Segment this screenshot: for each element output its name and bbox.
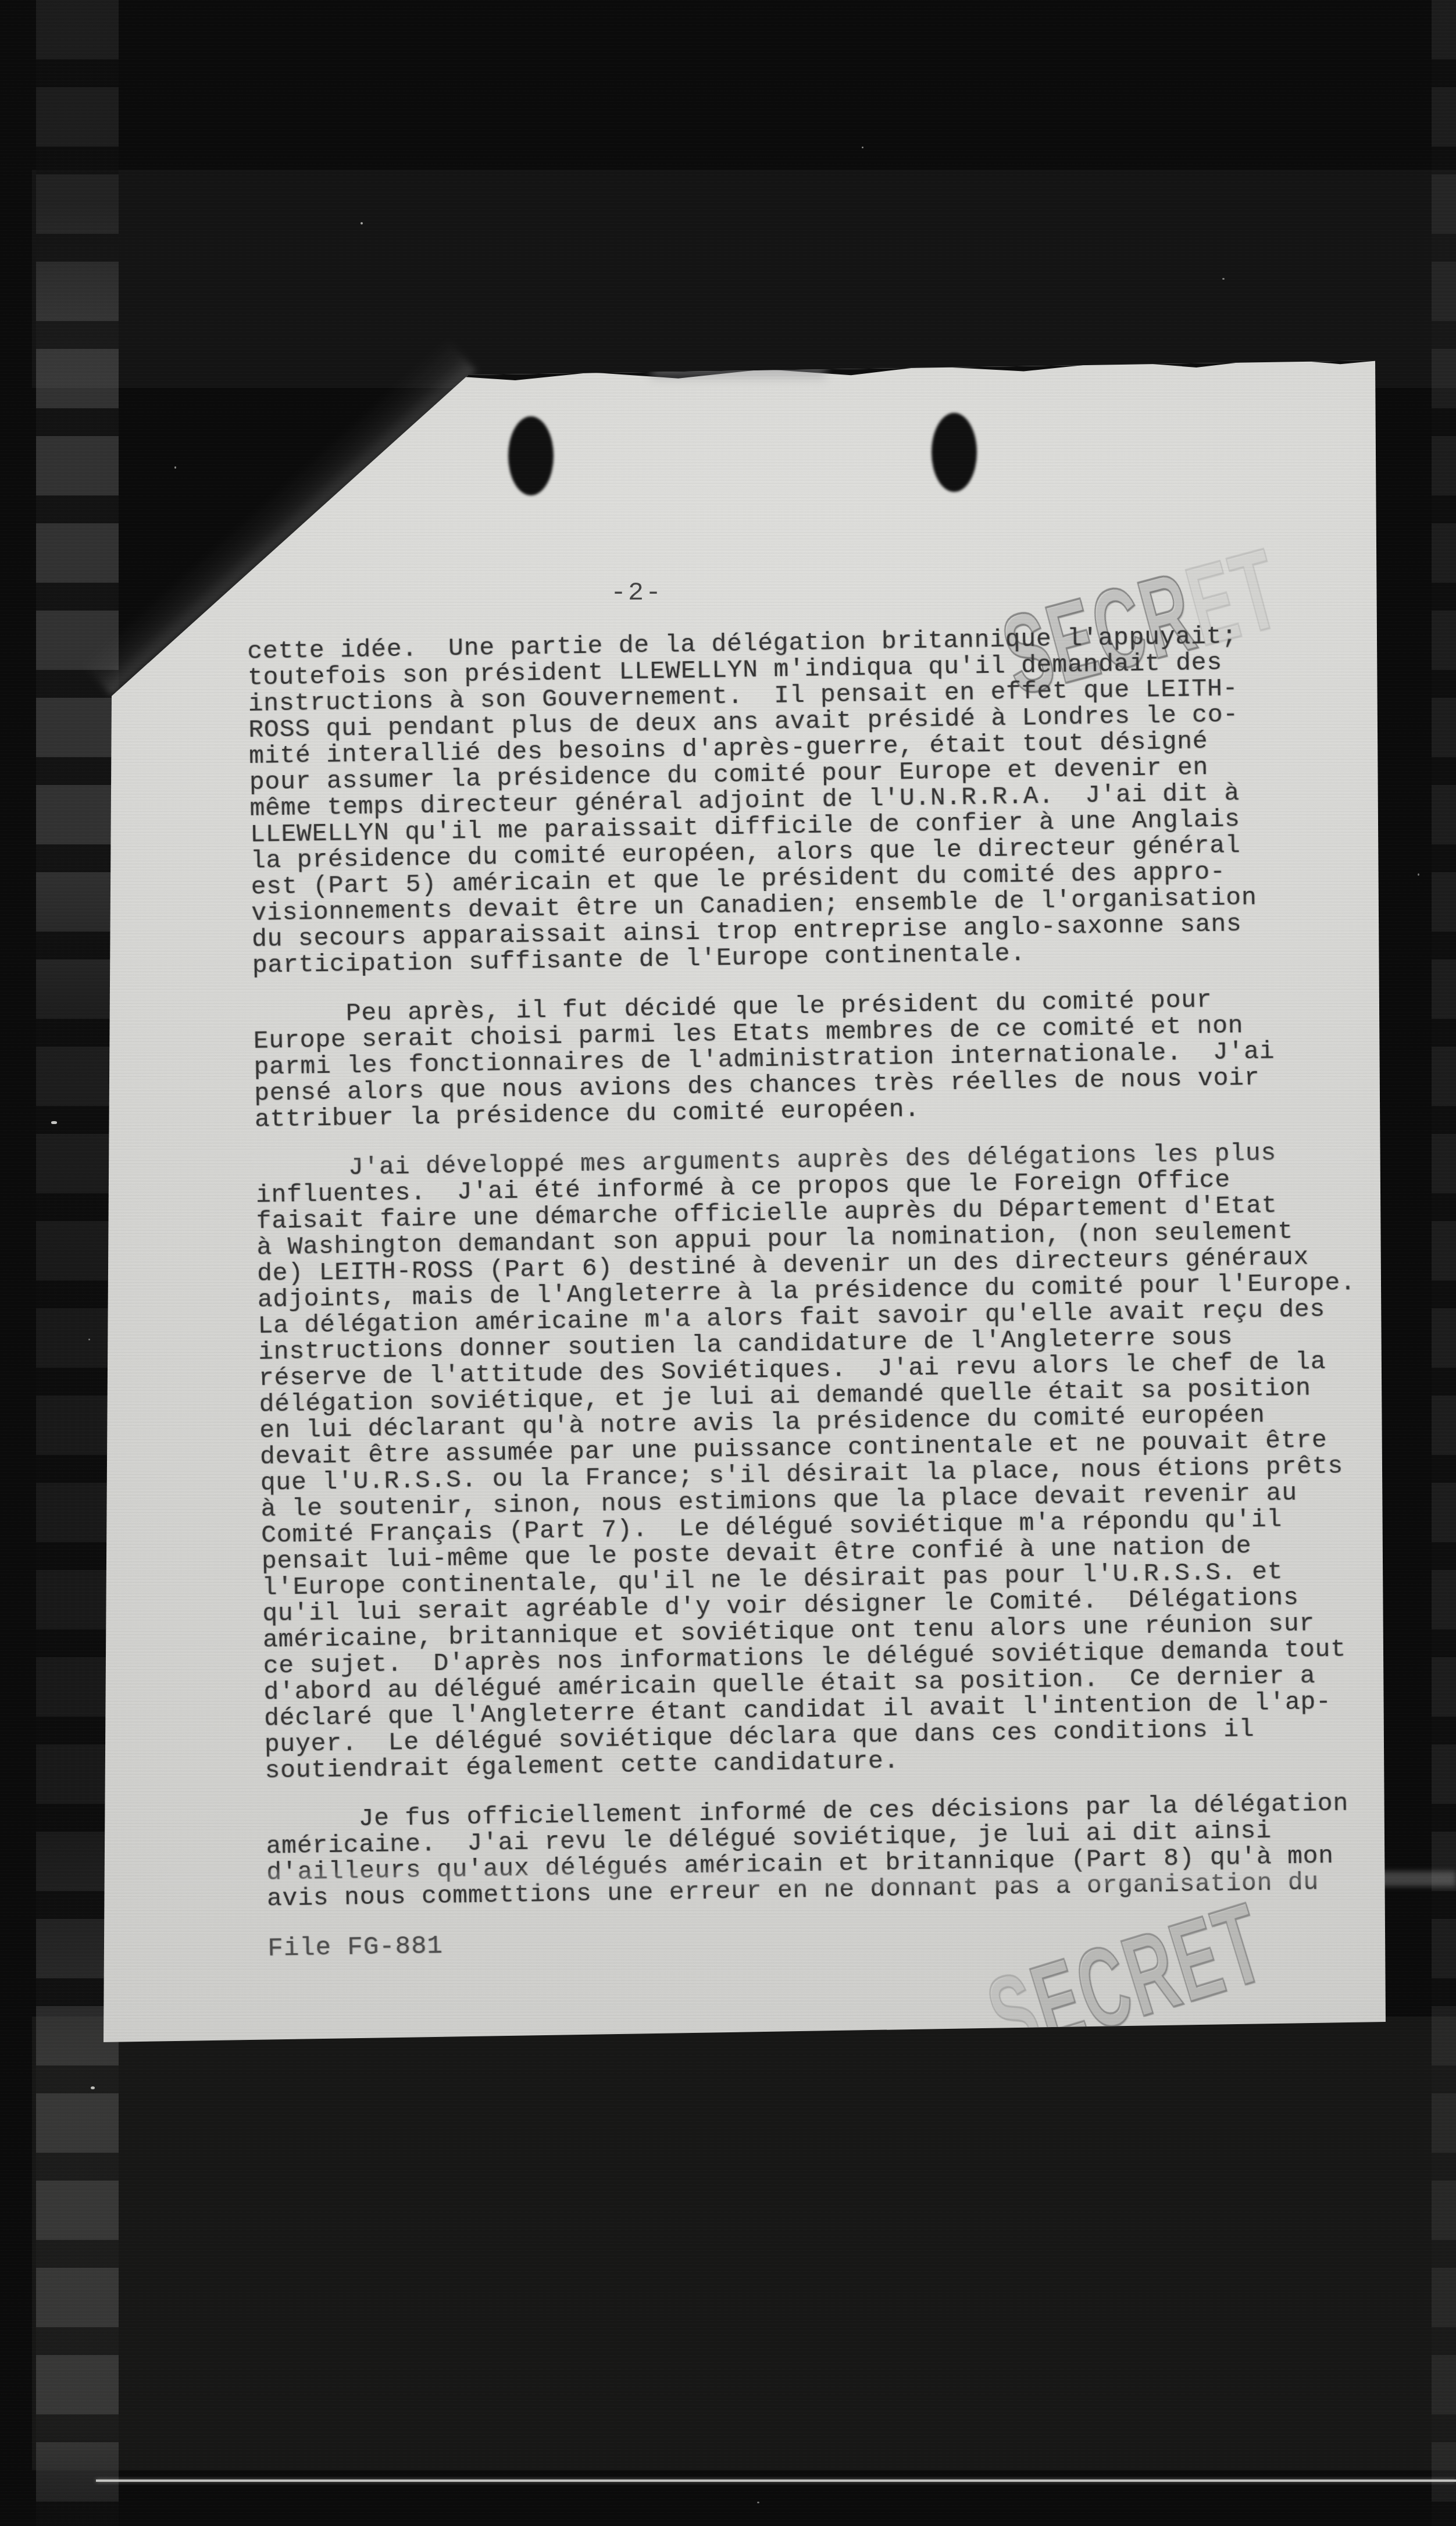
scan-streak: [250, 1155, 1355, 1163]
microfilm-scan: -2- SECRET cette idée. Une partie de la …: [0, 0, 1456, 2526]
film-speck: [862, 147, 863, 148]
film-speck: [1418, 873, 1419, 876]
film-speck: [757, 2502, 759, 2503]
paragraph-2: Peu après, il fut décidé que le présiden…: [253, 983, 1423, 1133]
punch-hole-left: [508, 416, 554, 495]
film-speck: [91, 2086, 95, 2089]
film-sprocket-shading: [36, 0, 119, 2526]
paragraph-1: cette idée. Une partie de la délégation …: [247, 620, 1421, 978]
film-splice-line: [96, 2479, 1456, 2482]
document-body: cette idée. Une partie de la délégation …: [247, 620, 1437, 1962]
film-speck: [88, 1339, 90, 1340]
paragraph-3: J'ai développé mes arguments auprès des …: [255, 1137, 1434, 1783]
film-speck: [1222, 278, 1225, 280]
film-speck: [174, 466, 176, 469]
film-speck: [51, 1121, 57, 1124]
punch-hole-right: [932, 413, 977, 492]
film-sprocket-strip-right: [1432, 0, 1456, 2526]
scan-streak: [163, 1871, 1456, 1886]
film-speck: [361, 222, 363, 224]
page-number: -2-: [611, 578, 663, 608]
film-frame-gap-top: [32, 170, 1456, 388]
film-frame-gap-bottom: [32, 2017, 1456, 2470]
